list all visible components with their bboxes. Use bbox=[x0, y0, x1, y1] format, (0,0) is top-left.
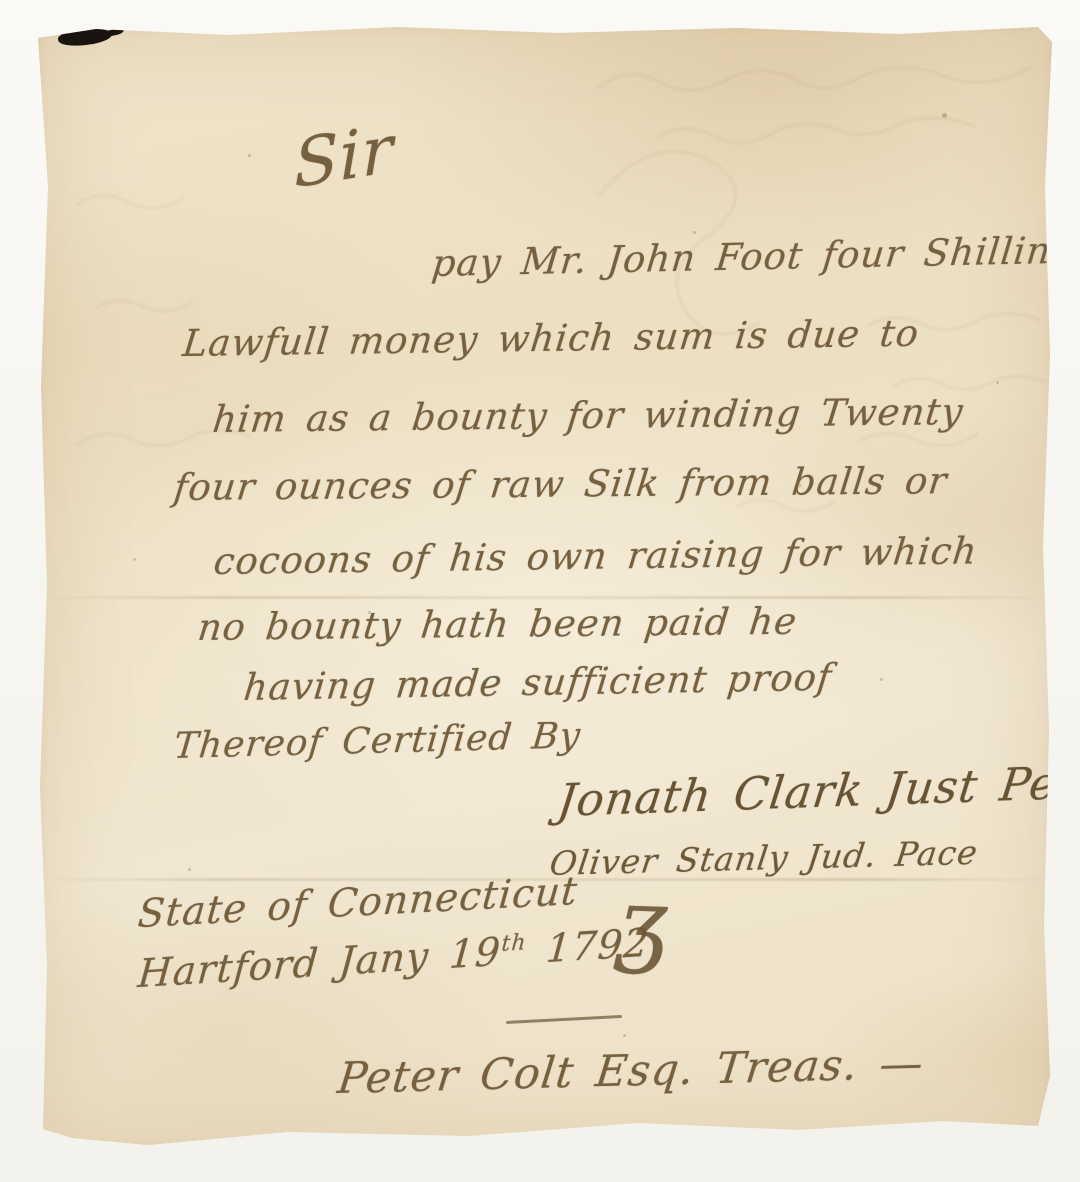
document-photo: Sir pay Mr. John Foot four Shillings Law… bbox=[0, 0, 1080, 1182]
salutation-text: Sir bbox=[293, 110, 394, 204]
date-year: 1792 bbox=[544, 921, 651, 973]
manuscript-paper: Sir pay Mr. John Foot four Shillings Law… bbox=[38, 26, 1052, 1148]
date-ordinal: th bbox=[501, 930, 528, 957]
body-line: him as a bounty for winding Twenty bbox=[211, 390, 966, 441]
body-line: four ounces of raw Silk from balls or bbox=[172, 459, 950, 509]
foxing-specks bbox=[38, 26, 41, 29]
body-line: no bounty hath been paid he bbox=[196, 600, 800, 649]
